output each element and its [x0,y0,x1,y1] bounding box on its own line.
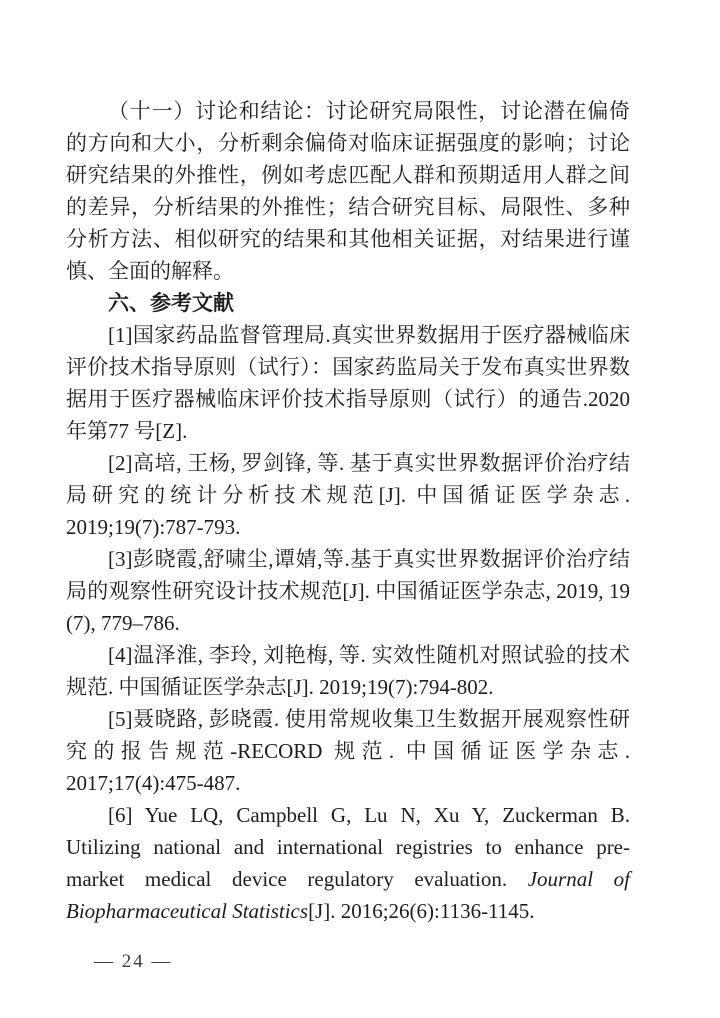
conclusion-paragraph: （十一）讨论和结论：讨论研究局限性，讨论潜在偏倚的方向和大小，分析剩余偏倚对临床… [66,95,630,287]
reference-item-1: [1]国家药品监督管理局.真实世界数据用于医疗器械临床评价技术指导原则（试行）：… [66,319,630,447]
references-heading: 六、参考文献 [66,287,630,319]
reference-item-5: [5]聂晓路, 彭晓霞. 使用常规收集卫生数据开展观察性研究的报告规范-RECO… [66,703,630,799]
reference-item-4: [4]温泽淮, 李玲, 刘艳梅, 等. 实效性随机对照试验的技术规范. 中国循证… [66,639,630,703]
page-number: — 24 — [94,951,630,973]
reference-item-3: [3]彭晓霞,舒啸尘,谭婧,等.基于真实世界数据评价治疗结局的观察性研究设计技术… [66,543,630,639]
reference-text: [J]. 2016;26(6):1136-1145. [308,899,535,923]
reference-item-6: [6] Yue LQ, Campbell G, Lu N, Xu Y, Zuck… [66,799,630,927]
reference-item-2: [2]高培, 王杨, 罗剑锋, 等. 基于真实世界数据评价治疗结局研究的统计分析… [66,447,630,543]
document-page: （十一）讨论和结论：讨论研究局限性，讨论潜在偏倚的方向和大小，分析剩余偏倚对临床… [0,0,720,1018]
